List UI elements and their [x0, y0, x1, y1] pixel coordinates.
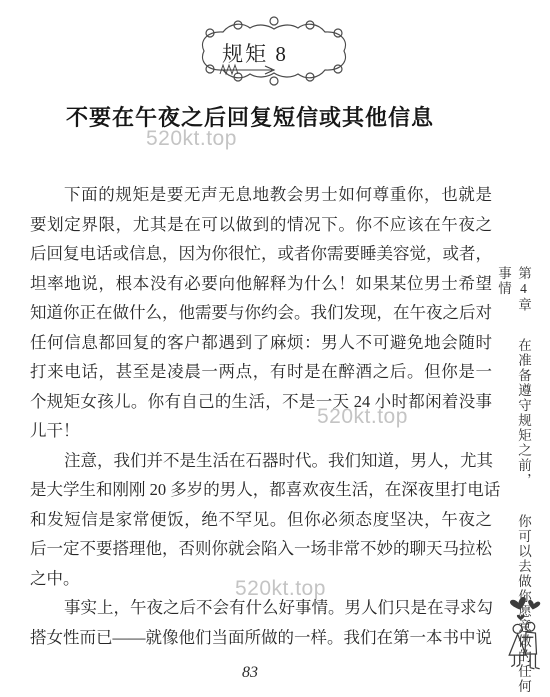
body-line: 是大学生和刚刚 20 多岁的男人，都喜欢夜生活，在深夜里打电话 — [30, 475, 492, 505]
rule-badge: 规矩 8 — [190, 12, 360, 92]
body-line: 任何信息都回复的客户都遇到了麻烦：男人不可避免地会随时 — [30, 328, 492, 358]
hearts-icon — [509, 596, 540, 620]
book-page: 规矩 8 不要在午夜之后回复短信或其他信息 520kt.top 520kt.to… — [0, 0, 550, 697]
body-line: 和发短信是家常便饭，绝不罕见。但你必须态度坚决，午夜之 — [30, 505, 492, 535]
couple-hearts-icon — [505, 590, 547, 674]
body-line: 之中。 — [30, 564, 492, 594]
chapter-title-part1: 在准备遵守规矩之前， — [516, 338, 531, 488]
body-line: 个规矩女孩儿。你有自己的生活，不是一天 24 小时都闲着没事 — [30, 387, 492, 417]
body-line: 后一定不要搭理他，否则你就会陷入一场非常不妙的聊天马拉松 — [30, 534, 492, 564]
body-line: 儿干！ — [30, 416, 492, 446]
watermark: 520kt.top — [146, 127, 237, 151]
body-line: 下面的规矩是要无声无息地教会男士如何尊重你，也就是 — [30, 180, 492, 210]
body-line: 要划定界限，尤其是在可以做到的情况下。你不应该在午夜之 — [30, 210, 492, 240]
body-line: 打来电话，甚至是凌晨一两点，有时是在醉酒之后。但你是一 — [30, 357, 492, 387]
chapter-number: 第4章 — [516, 266, 531, 313]
body-text: 下面的规矩是要无声无息地教会男士如何尊重你，也就是 要划定界限，尤其是在可以做到… — [30, 180, 492, 652]
body-line: 搭女性而已——就像他们当面所做的一样。我们在第一本书中说 — [30, 623, 492, 653]
body-line: 注意，我们并不是生活在石器时代。我们知道，男人，尤其 — [30, 446, 492, 476]
rule-badge-label: 规矩 8 — [190, 38, 320, 68]
couple-figures — [509, 622, 539, 669]
body-line: 知道你正在做什么，他需要与你约会。我们发现，在午夜之后对 — [30, 298, 492, 328]
body-line: 后回复电话或信息，因为你很忙，或者你需要睡美容觉，或者， — [30, 239, 492, 269]
body-line: 事实上，午夜之后不会有什么好事情。男人们只是在寻求勾 — [30, 593, 492, 623]
body-line: 坦率地说，根本没有必要向他解释为什么！如果某位男士希望 — [30, 269, 492, 299]
page-title: 不要在午夜之后回复短信或其他信息 — [0, 101, 500, 132]
page-number: 83 — [0, 664, 500, 682]
